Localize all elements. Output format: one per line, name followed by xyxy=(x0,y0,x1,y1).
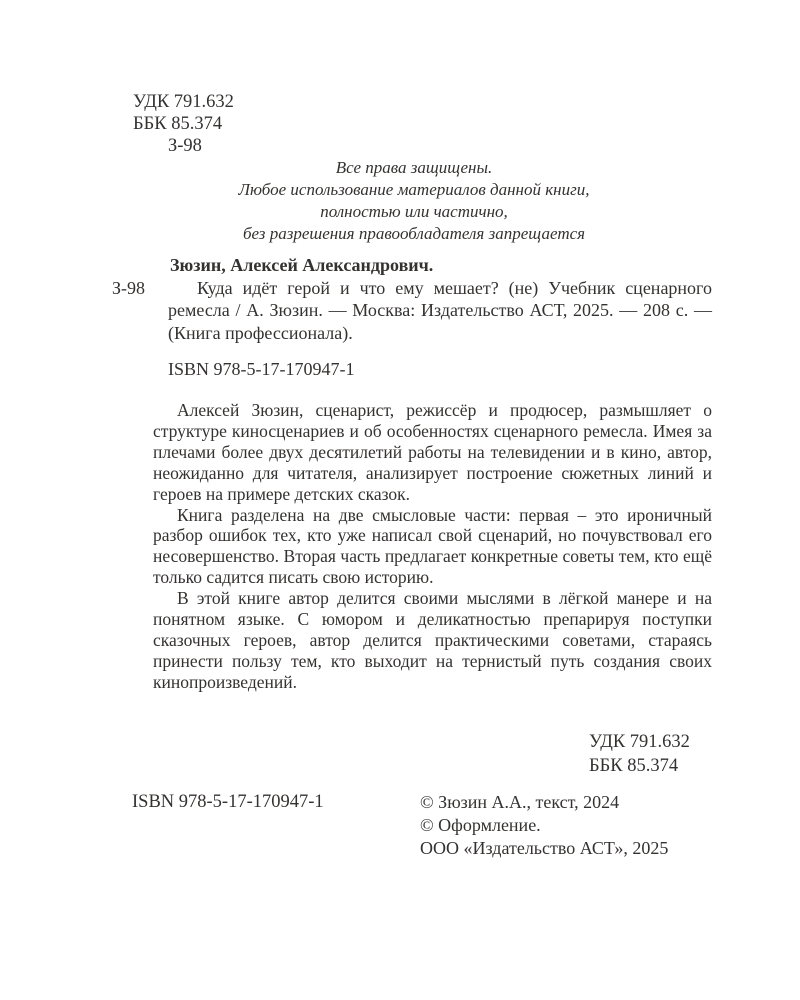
copyright-line: ООО «Издательство АСТ», 2025 xyxy=(420,837,668,860)
bottom-catalogue-codes: УДК 791.632 ББК 85.374 xyxy=(589,730,690,778)
udk-code: УДК 791.632 xyxy=(133,91,234,113)
rights-notice-line: полностью или частично, xyxy=(116,201,712,223)
bib-author-sign: З-98 xyxy=(112,277,145,300)
bib-description: Куда идёт герой и что ему мешает? (не) У… xyxy=(168,278,712,343)
author-sign-code: З-98 xyxy=(133,135,234,157)
annotation-block: Алексей Зюзин, сценарист, режиссёр и про… xyxy=(153,400,712,693)
annotation-paragraph: Книга разделена на две смысловые части: … xyxy=(153,505,712,589)
rights-notice-line: без разрешения правообладателя запрещает… xyxy=(116,223,712,245)
book-imprint-page: УДК 791.632 ББК 85.374 З-98 Все права за… xyxy=(0,0,800,1000)
rights-notice-line: Любое использование материалов данной кн… xyxy=(116,179,712,201)
rights-notice: Все права защищены. Любое использование … xyxy=(116,157,712,245)
annotation-paragraph: В этой книге автор делится своими мыслям… xyxy=(153,588,712,693)
footer-isbn: ISBN 978-5-17-170947-1 xyxy=(132,791,324,814)
bib-isbn: ISBN 978-5-17-170947-1 xyxy=(168,358,712,381)
copyright-line: © Оформление. xyxy=(420,814,668,837)
footer-copyright-block: © Зюзин А.А., текст, 2024 © Оформление. … xyxy=(420,791,668,860)
copyright-line: © Зюзин А.А., текст, 2024 xyxy=(420,791,668,814)
annotation-paragraph: Алексей Зюзин, сценарист, режиссёр и про… xyxy=(153,400,712,505)
bbk-code-bottom: ББК 85.374 xyxy=(589,754,690,778)
bib-entry: З-98 Куда идёт герой и что ему мешает? (… xyxy=(168,277,712,345)
rights-notice-line: Все права защищены. xyxy=(116,157,712,179)
udk-code-bottom: УДК 791.632 xyxy=(589,730,690,754)
top-catalogue-codes: УДК 791.632 ББК 85.374 З-98 xyxy=(133,91,234,157)
bbk-code: ББК 85.374 xyxy=(133,113,234,135)
bibliographic-record: Зюзин, Алексей Александрович. З-98 Куда … xyxy=(112,254,712,381)
bib-author-heading: Зюзин, Алексей Александрович. xyxy=(170,254,712,277)
